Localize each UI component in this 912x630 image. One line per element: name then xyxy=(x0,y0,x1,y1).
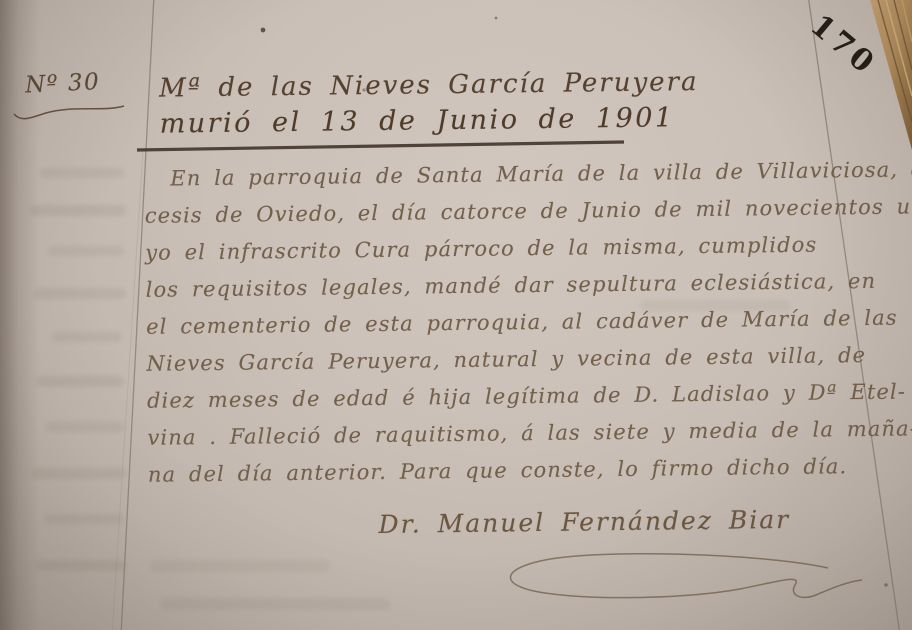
record-entry: Nº 30 Mª de las Nieves García Peruyera m… xyxy=(0,0,912,630)
record-number: Nº 30 xyxy=(25,69,101,99)
register-page-photo: 170 Nº 30 Mª de las Nieves García Peruye… xyxy=(0,0,912,630)
body-line: na del día anterior. Para que conste, lo… xyxy=(148,448,868,494)
deceased-name-heading: Mª de las Nieves García Peruyera xyxy=(159,67,699,104)
priest-signature: Dr. Manuel Fernández Biar xyxy=(378,505,790,539)
death-date-heading: murió el 13 de Junio de 1901 xyxy=(159,102,674,139)
record-body: En la parroquia de Santa María de la vil… xyxy=(144,152,868,494)
